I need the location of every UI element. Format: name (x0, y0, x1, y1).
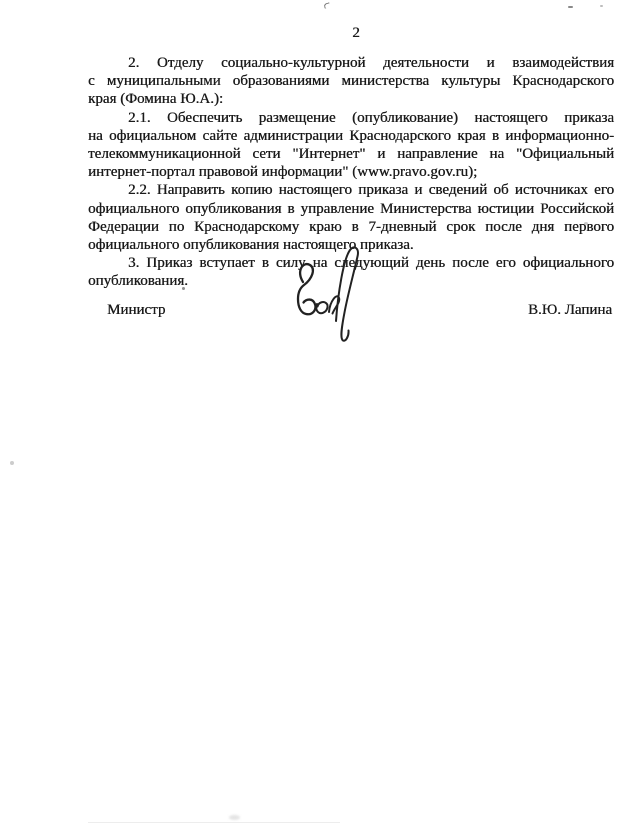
text-line: официального опубликования в управление … (88, 200, 614, 218)
handwritten-signature-mark (286, 241, 380, 347)
scan-smudge (229, 815, 240, 820)
text-line: Федерации по Краснодарскому краю в 7-дне… (88, 218, 614, 236)
paragraph-2: 2. Отделу социально-культурной деятельно… (88, 54, 614, 109)
scan-speck (323, 2, 330, 8)
scan-speck (10, 461, 14, 465)
page-number: 2 (88, 25, 624, 42)
text-line: 2.1. Обеспечить размещение (опубликовани… (88, 109, 614, 127)
signoff-role: Министр (88, 302, 165, 319)
text-line: на официальном сайте администрации Красн… (88, 127, 614, 145)
scan-speck (600, 5, 603, 7)
scan-edge-artifact (88, 822, 340, 823)
text-line: 2. Отделу социально-культурной деятельно… (88, 54, 614, 72)
signoff-name: В.Ю. Лапина (528, 302, 612, 319)
scan-speck (568, 6, 573, 8)
document-page: 2 2. Отделу социально-культурной деятель… (0, 0, 640, 828)
text-line: телекоммуникационной сети "Интернет" и н… (88, 145, 614, 163)
text-line: 2.2. Направить копию настоящего приказа … (88, 181, 614, 199)
text-line: с муниципальными образованиями министерс… (88, 72, 614, 90)
text-line: края (Фомина Ю.А.): (88, 90, 614, 108)
text-line: интернет-портал правовой информации" (ww… (88, 163, 614, 181)
paragraph-2-1: 2.1. Обеспечить размещение (опубликовани… (88, 109, 614, 182)
